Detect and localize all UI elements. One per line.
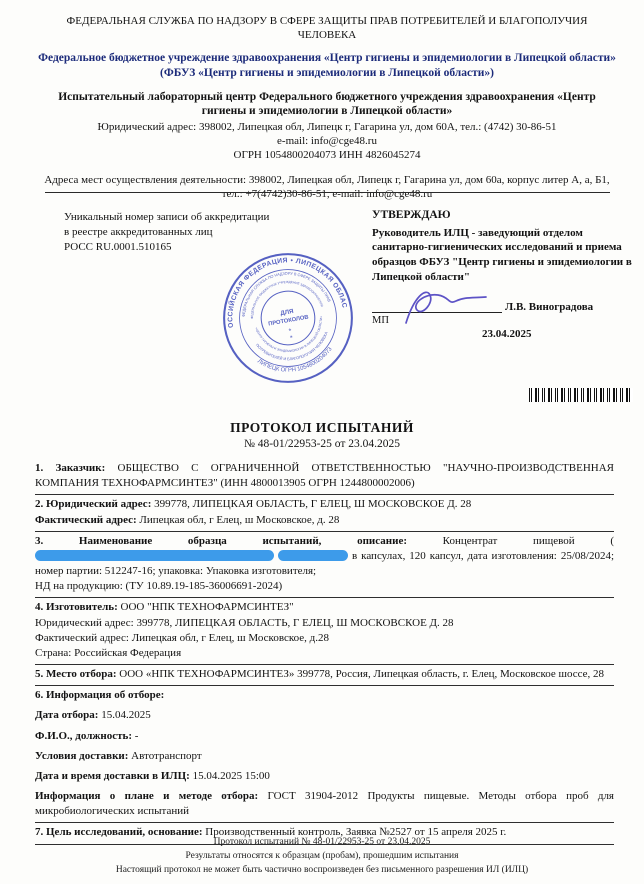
field-label: Условия доставки: xyxy=(35,750,128,762)
footer-protocol-ref: Протокол испытаний № 48-01/22953-25 от 2… xyxy=(0,836,644,850)
section-legal-address: 2. Юридический адрес: 399778, ЛИПЕЦКАЯ О… xyxy=(35,495,614,531)
section-label: 2. Юридический адрес: xyxy=(35,498,151,510)
email-line: e-mail: info@cge48.ru xyxy=(38,134,616,148)
field-label: Дата отбора: xyxy=(35,709,98,721)
section-label: 6. Информация об отборе: xyxy=(35,689,164,701)
section-value: ООО «НПК ТЕХНОФАРМСИНТЕЗ» 399778, Россия… xyxy=(119,668,604,680)
footer-reproduction-note: Настоящий протокол не может быть частичн… xyxy=(0,864,644,878)
section-value: Липецкая обл, г Елец, ш Московское, д. 2… xyxy=(139,514,339,526)
section-customer: 1. Заказчик: ОБЩЕСТВО С ОГРАНИЧЕННОЙ ОТВ… xyxy=(35,459,614,495)
nd-value: (ТУ 10.89.19-185-36006691-2024) xyxy=(126,580,283,592)
protocol-sections: 1. Заказчик: ОБЩЕСТВО С ОГРАНИЧЕННОЙ ОТВ… xyxy=(35,459,614,845)
activity-addresses-line: Адреса мест осуществления деятельности: … xyxy=(38,173,616,201)
section-sampling-info: 6. Информация об отборе: Дата отбора: 15… xyxy=(35,686,614,823)
signature-autograph xyxy=(398,285,490,329)
ogrn-inn-line: ОГРН 1054800204073 ИНН 4826045274 xyxy=(38,148,616,162)
redaction-bar xyxy=(278,550,348,561)
header-divider xyxy=(45,192,610,193)
agency-name: ФЕДЕРАЛЬНАЯ СЛУЖБА ПО НАДЗОРУ В СФЕРЕ ЗА… xyxy=(38,14,616,42)
lab-center-name: Испытательный лабораторный центр Федерал… xyxy=(38,90,616,119)
sub-label: Страна: xyxy=(35,647,71,659)
section-manufacturer: 4. Изготовитель: ООО "НПК ТЕХНОФАРМСИНТЕ… xyxy=(35,598,614,665)
barcode xyxy=(529,388,633,402)
section-label: 1. Заказчик: xyxy=(35,462,105,474)
section-label: 5. Место отбора: xyxy=(35,668,117,680)
sub-label: Фактический адрес: xyxy=(35,632,129,644)
sub-label: Юридический адрес: xyxy=(35,617,134,629)
section-value: Российская Федерация xyxy=(74,647,181,659)
section-label: 4. Изготовитель: xyxy=(35,601,118,613)
field-label: Дата и время доставки в ИЛЦ: xyxy=(35,770,190,782)
stamp-star: * xyxy=(289,333,294,342)
section-sampling-place: 5. Место отбора: ООО «НПК ТЕХНОФАРМСИНТЕ… xyxy=(35,665,614,686)
institution-name: Федеральное бюджетное учреждение здравоо… xyxy=(38,51,616,80)
approval-block: УТВЕРЖДАЮ Руководитель ИЛЦ - заведующий … xyxy=(372,208,634,285)
stamp-center-line1: ДЛЯ xyxy=(280,308,295,317)
section-value: 399778, ЛИПЕЦКАЯ ОБЛАСТЬ, Г ЕЛЕЦ, Ш МОСК… xyxy=(154,498,471,510)
mp-label: МП xyxy=(372,315,389,326)
redaction-bar xyxy=(35,550,274,561)
field-value: 15.04.2025 xyxy=(101,709,151,721)
approval-title: УТВЕРЖДАЮ xyxy=(372,208,634,224)
document-page: ФЕДЕРАЛЬНАЯ СЛУЖБА ПО НАДЗОРУ В СФЕРЕ ЗА… xyxy=(0,0,644,884)
round-stamp: • РОССИЙСКАЯ ФЕДЕРАЦИЯ • ЛИПЕЦКАЯ ОБЛАСТ… xyxy=(209,239,367,397)
section-label: Фактический адрес: xyxy=(35,514,137,526)
signer-name: Л.В. Виноградова xyxy=(505,301,593,313)
protocol-number: № 48-01/22953-25 от 23.04.2025 xyxy=(0,438,644,450)
section-label: 3. Наименование образца испытаний, описа… xyxy=(35,535,407,547)
nd-label: НД на продукцию: xyxy=(35,580,123,592)
field-label: Ф.И.О., должность: xyxy=(35,730,132,742)
approver-position: Руководитель ИЛЦ - заведующий отделом са… xyxy=(372,226,634,285)
section-value: 399778, ЛИПЕЦКАЯ ОБЛАСТЬ, Г ЕЛЕЦ, Ш МОСК… xyxy=(136,617,453,629)
page-footer: Протокол испытаний № 48-01/22953-25 от 2… xyxy=(0,836,644,877)
accreditation-text: Уникальный номер записи об аккредитации xyxy=(64,210,296,225)
protocol-title: ПРОТОКОЛ ИСПЫТАНИЙ xyxy=(0,420,644,436)
document-header: ФЕДЕРАЛЬНАЯ СЛУЖБА ПО НАДЗОРУ В СФЕРЕ ЗА… xyxy=(38,14,616,201)
section-value: Концентрат пищевой ( xyxy=(443,535,614,547)
section-value: ОБЩЕСТВО С ОГРАНИЧЕННОЙ ОТВЕТСТВЕННОСТЬЮ… xyxy=(35,462,614,489)
footer-results-note: Результаты относятся к образцам (пробам)… xyxy=(0,850,644,864)
accreditation-text: в реестре аккредитованных лиц xyxy=(64,225,296,240)
section-value: ООО "НПК ТЕХНОФАРМСИНТЕЗ" xyxy=(121,601,294,613)
approval-date: 23.04.2025 xyxy=(482,328,532,340)
field-value: Автотранспорт xyxy=(131,750,202,762)
legal-address-line: Юридический адрес: 398002, Липецкая обл,… xyxy=(38,120,616,134)
section-sample-name: 3. Наименование образца испытаний, описа… xyxy=(35,532,614,599)
field-label: Информация о плане и методе отбора: xyxy=(35,790,258,802)
accreditation-block: Уникальный номер записи об аккредитации … xyxy=(64,210,296,256)
field-value: - xyxy=(135,730,139,742)
field-value: 15.04.2025 15:00 xyxy=(193,770,270,782)
section-value: Липецкая обл, г Елец, ш Московское, д.28 xyxy=(132,632,329,644)
